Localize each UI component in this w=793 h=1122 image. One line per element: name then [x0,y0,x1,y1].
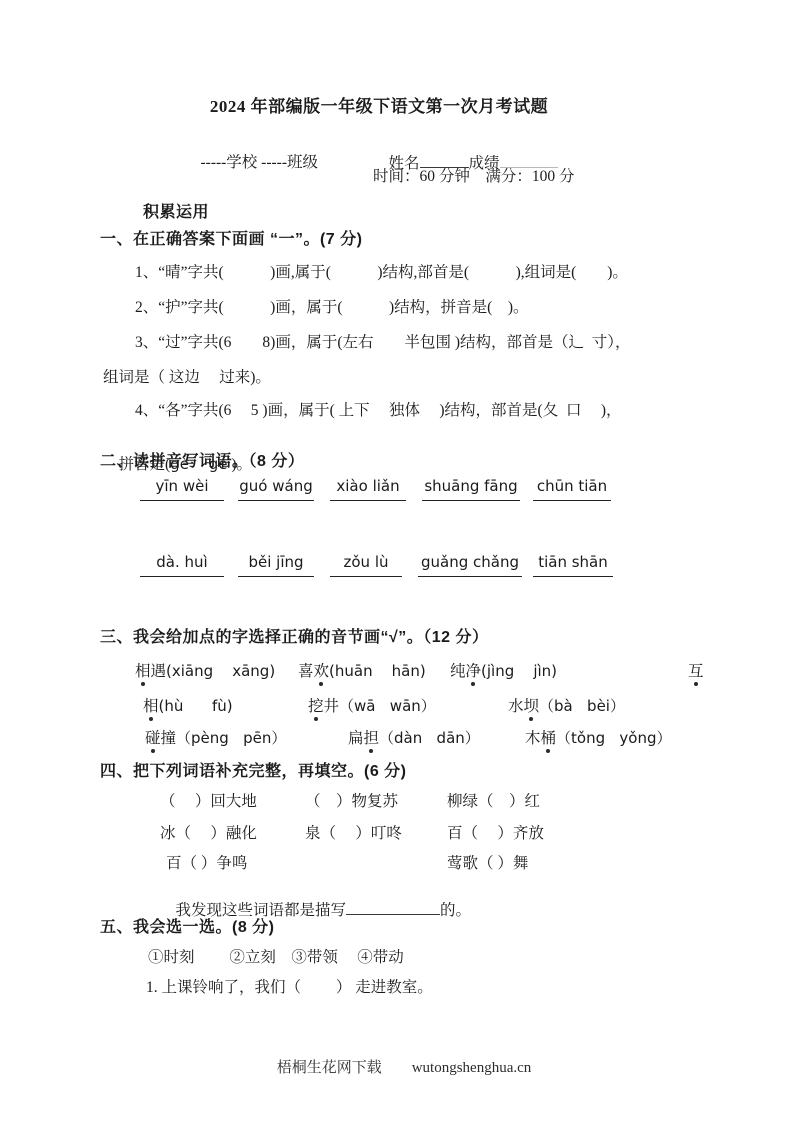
section1-item3-wrap: 组词是（ 这边 过来)。 [103,368,271,387]
fill-suffix: 的。 [440,902,471,919]
hanzi: 喜 [298,663,314,680]
dotted-hanzi: 互 [688,662,704,681]
pinyin-word-column: shuāng fāng [422,477,520,501]
pinyin-word-column: běi jīng [238,553,314,577]
answer-blank [238,500,314,501]
hanzi: 纯 [450,663,466,680]
phrase-group: 纯净(jìng jìn) [450,662,557,681]
phrase-group: 喜欢(huān hān) [298,662,426,681]
phrase-group: 相(hù fù) [143,697,233,716]
time-score-line: 时间：60 分钟 满分：100 分 [373,167,575,186]
section3-line1: 相遇(xiāng xāng) 喜欢(huān hān) 纯净(jìng jìn)… [135,662,710,686]
answer-blank [330,576,402,577]
section1-item4: 4、“各”字共(6 5 )画，属于( 上下 独体 )结构，部首是(夂 口 )， [135,401,621,420]
dotted-hanzi: 净 [466,662,482,681]
dotted-hanzi: 坝 [524,697,540,716]
pinyin-choices: （tǒng yǒng） [556,729,671,747]
hanzi: 撞 [161,730,177,747]
pinyin-word-column: tiān shān [533,553,613,577]
idiom-blank: （ ）回大地 [160,792,257,811]
idiom-blank: 柳绿（ ）红 [447,792,540,811]
idiom-blank: 莺歌（ ）舞 [447,854,528,873]
pinyin-word: guǎng chǎng [421,553,519,571]
pinyin-word-column: guó wáng [238,477,314,501]
dotted-hanzi: 桶 [541,729,557,748]
section3-heading: 三、我会给加点的字选择正确的音节画“√”。（12 分） [100,628,489,648]
phrase-group: 碰撞（pèng pēn） [145,729,286,748]
dotted-hanzi: 挖 [308,697,324,716]
idiom-blank: （ ）物复苏 [305,792,398,811]
hanzi: 遇 [151,663,167,680]
footer: 梧桐生花网下载wutongshenghua.cn [0,1040,793,1096]
pinyin-word: běi jīng [248,553,303,571]
fill-blank [346,900,440,915]
answer-blank [238,576,314,577]
phrase-group: 扁担（dàn dān） [348,729,480,748]
pinyin-word-column: zǒu lù [330,553,402,577]
pinyin-choices: （bà bèi） [539,697,625,715]
pinyin-word: zǒu lù [344,553,389,571]
answer-blank [140,500,224,501]
pinyin-word: tiān shān [538,553,608,571]
idiom-blank: 百（ ）齐放 [447,824,544,843]
pinyin-word: shuāng fāng [424,477,517,495]
hanzi: 扁 [348,730,364,747]
idiom-blank: 冰（ ）融化 [160,824,257,843]
page-title: 2024 年部编版一年级下语文第一次月考试题 [0,96,758,117]
section1-item1: 1、“晴”字共( )画,属于( )结构,部首是( ),组词是( )。 [135,263,628,282]
pinyin-choices: （pèng pēn） [176,729,286,747]
pinyin-choices: (hù fù) [159,697,233,715]
answer-blank [533,576,613,577]
exam-document-page: 2024 年部编版一年级下语文第一次月考试题 -----学校 -----班级 姓… [0,0,793,1122]
hanzi: 井 [324,698,340,715]
dotted-hanzi: 相 [135,662,151,681]
pinyin-choices: (jìng jìn) [481,662,557,680]
footer-site-name: 梧桐生花网下载 [277,1060,382,1076]
pinyin-word-column: dà. huì [140,553,224,577]
pinyin-word: guó wáng [239,477,312,495]
school-class-line: -----学校 -----班级 [185,134,318,192]
section3-line3: 碰撞（pèng pēn） 扁担（dàn dān） 木桶（tǒng yǒng） [135,729,710,753]
school-class-text: -----学校 -----班级 [201,154,319,171]
idiom-blank: 百（ ）争鸣 [166,854,247,873]
dotted-hanzi: 欢 [314,662,330,681]
section5-heading: 五、我会选一选。(8 分) [100,918,275,938]
section3-line2: 相(hù fù) 挖井（wā wān） 水坝（bà bèi） [135,697,710,721]
answer-blank [330,500,406,501]
section2-heading: 二、读拼音写词语。（8 分） [100,452,304,472]
phrase-group: 互 [688,662,704,681]
category-heading: 积累运用 [143,203,209,223]
answer-blank [422,500,520,501]
pinyin-word-column: xiào liǎn [330,477,406,501]
dotted-hanzi: 碰 [145,729,161,748]
pinyin-word: chūn tiān [537,477,607,495]
section5-options: ①时刻 ②立刻 ③带领 ④带动 [148,948,404,967]
pinyin-word-column: yīn wèi [140,477,224,501]
hanzi: 水 [508,698,524,715]
dotted-hanzi: 相 [143,697,159,716]
pinyin-word: xiào liǎn [336,477,399,495]
answer-blank [140,576,224,577]
phrase-group: 木桶（tǒng yǒng） [525,729,672,748]
pinyin-word-column: chūn tiān [533,477,611,501]
section1-item3: 3、“过”字共(6 8)画，属于(左右 半包围 )结构，部首是（辶 寸）， [135,333,631,352]
pinyin-choices: (xiāng xāng) [166,662,275,680]
phrase-group: 相遇(xiāng xāng) [135,662,275,681]
footer-site-url: wutongshenghua.cn [412,1060,532,1076]
answer-blank [418,576,522,577]
pinyin-word: yīn wèi [156,477,209,495]
pinyin-choices: （dàn dān） [379,729,480,747]
fill-prefix: 我发现这些词语都是描写 [176,902,347,919]
hanzi: 木 [525,730,541,747]
section5-question1: 1. 上课铃响了，我们（ ） 走进教室。 [146,978,433,997]
pinyin-choices: (huān hān) [329,662,426,680]
section1-item2: 2、“护”字共( )画，属于( )结构，拼音是( )。 [135,298,528,317]
phrase-group: 水坝（bà bèi） [508,697,625,716]
pinyin-word-column: guǎng chǎng [418,553,522,577]
phrase-group: 挖井（wā wān） [308,697,436,716]
section4-heading: 四、把下列词语补充完整，再填空。(6 分) [100,762,407,782]
dotted-hanzi: 担 [364,729,380,748]
pinyin-choices: （wā wān） [339,697,436,715]
answer-blank [533,500,611,501]
section1-heading: 一、在正确答案下面画 “一”。(7 分) [100,230,362,250]
pinyin-word: dà. huì [156,553,207,571]
idiom-blank: 泉（ ）叮咚 [305,824,402,843]
